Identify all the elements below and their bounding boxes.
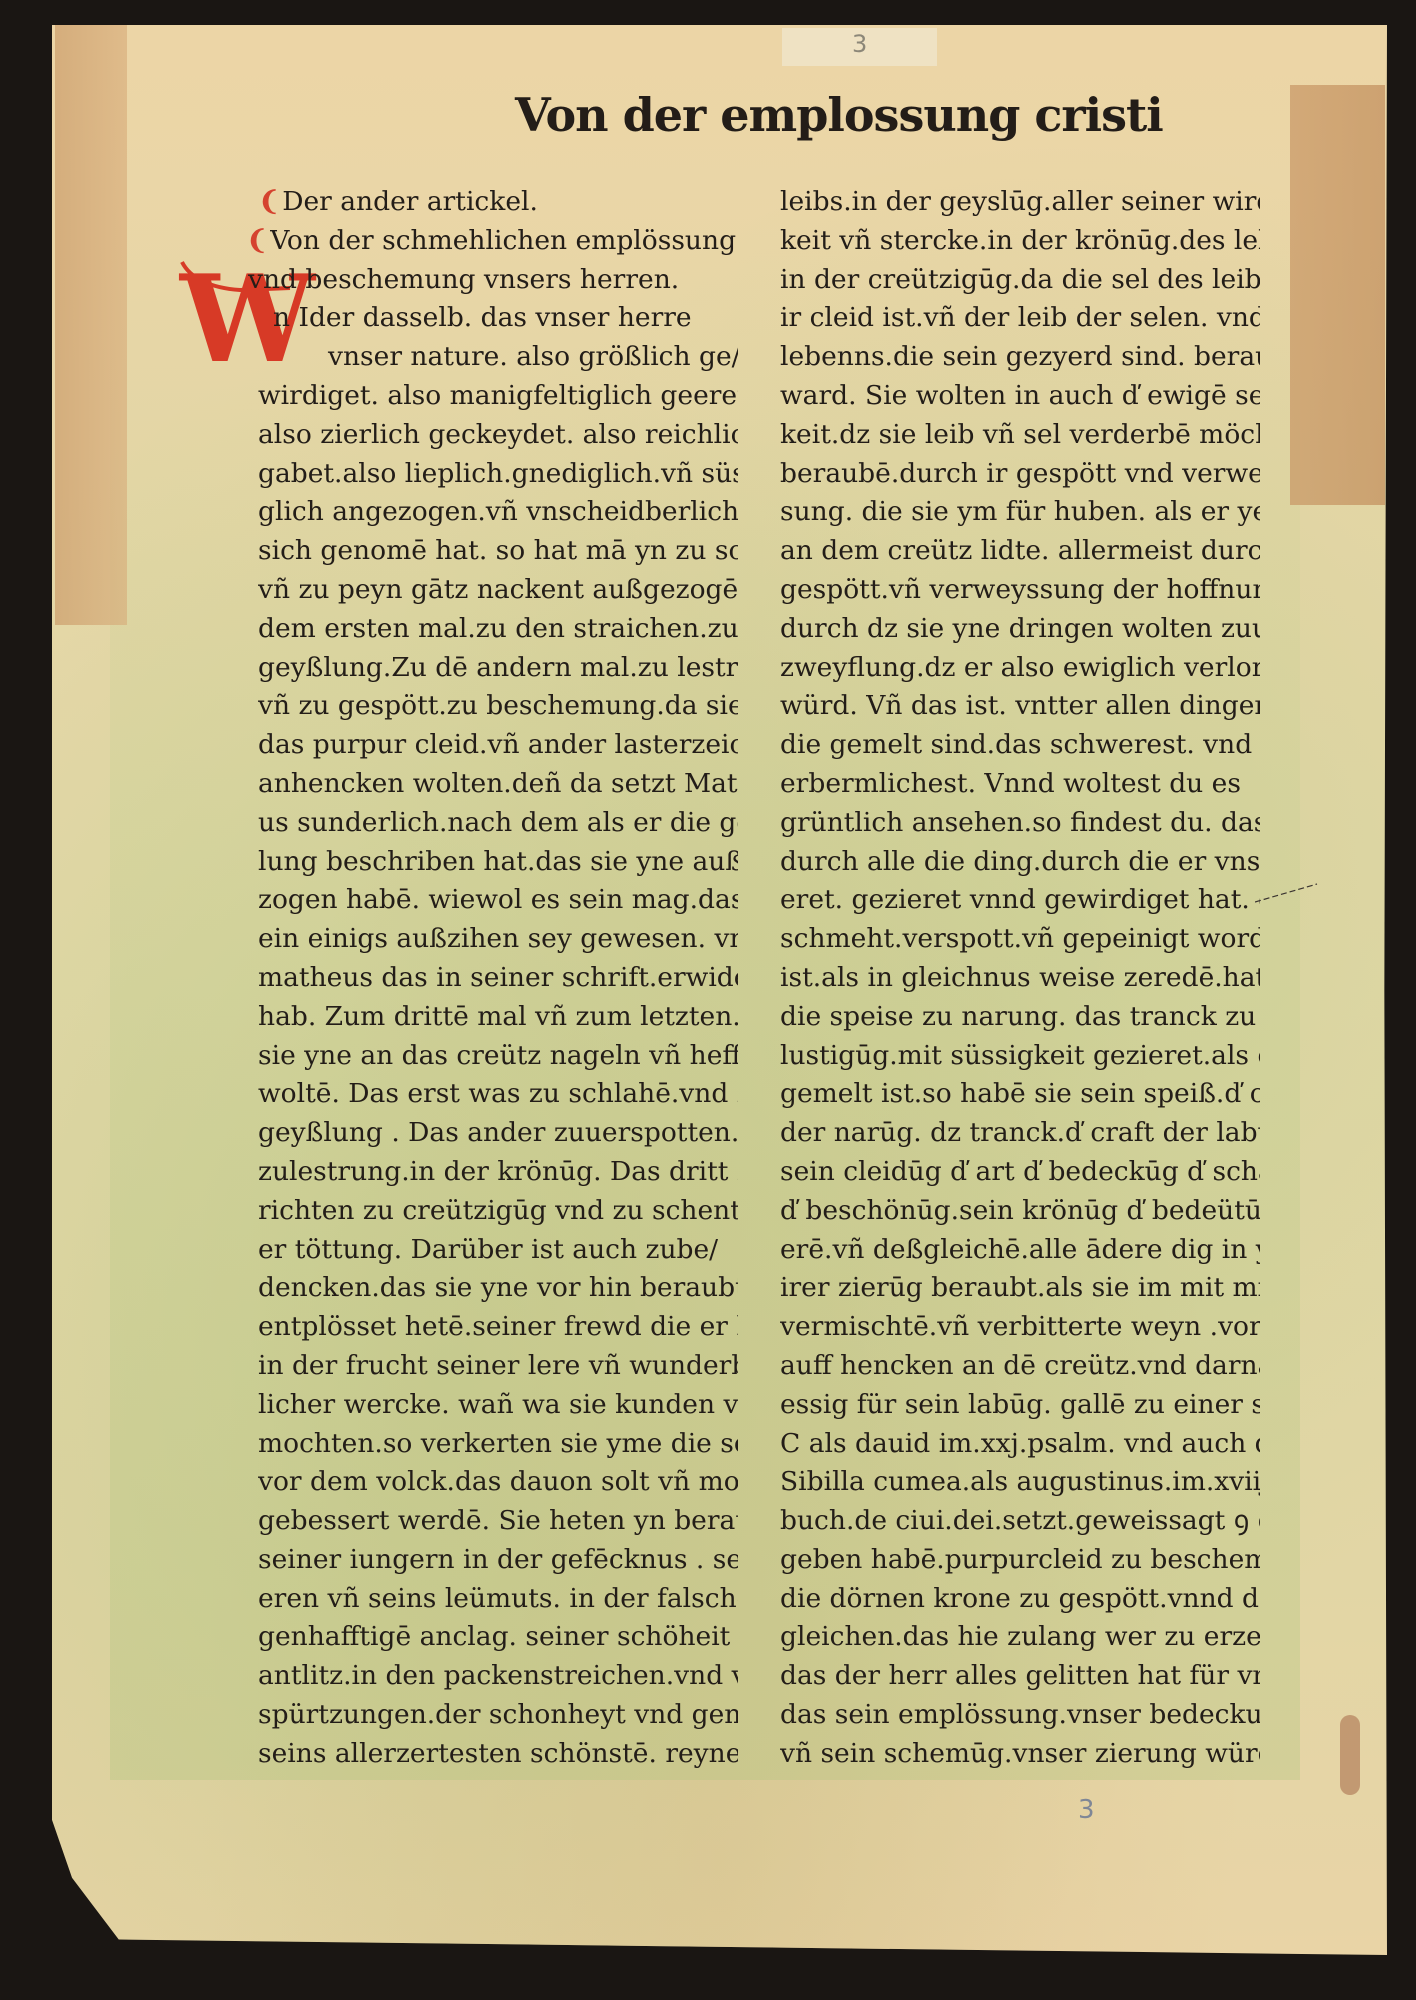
- stain-mark: [1340, 1715, 1360, 1795]
- text-line: vnd beschemung vnsers herren.: [248, 261, 738, 300]
- text-line: seiner iungern in der gefēcknus . seiner: [258, 1541, 738, 1580]
- text-line: vñ sein schemūg.vnser zierung würd ꝛc.: [780, 1735, 1260, 1774]
- text-line: ein einigs außzihen sey gewesen. vnnd: [258, 920, 738, 959]
- text-line: ir cleid ist.vñ der leib der selen. vnd …: [780, 299, 1260, 338]
- text-line: vñ zu gespött.zu beschemung.da sie ym: [258, 687, 738, 726]
- text-line: würd. Vñ das ist. vntter allen dingen.: [780, 687, 1260, 726]
- text-line: die speise zu narung. das tranck zu er/: [780, 998, 1260, 1037]
- text-line: lebenns.die sein gezyerd sind. beraubt: [780, 338, 1260, 377]
- text-line: keit vñ stercke.in der krönūg.des lebēs.: [780, 222, 1260, 261]
- text-line: vermischtē.vñ verbitterte weyn .vor dē: [780, 1308, 1260, 1347]
- text-line: glich angezogen.vñ vnscheidberlich an: [258, 493, 738, 532]
- text-line: eret. gezieret vnnd gewirdiget hat. ge/: [780, 881, 1260, 920]
- text-line: gabet.also lieplich.gnediglich.vñ süssi/: [258, 455, 738, 494]
- pencil-page-number-top: 3: [852, 30, 867, 58]
- text-line: an dem creütz lidte. allermeist durch dz: [780, 532, 1260, 571]
- text-line: antlitz.in den packenstreichen.vnd ver/: [258, 1657, 738, 1696]
- text-line: Sibilla cumea.als augustinus.im.xviij.: [780, 1463, 1260, 1502]
- text-line: ist.als in gleichnus weise zeredē.hat er: [780, 959, 1260, 998]
- text-line: vnser nature. also größlich ge/: [258, 338, 738, 377]
- text-line: gemelt ist.so habē sie sein speiß.ď craf…: [780, 1075, 1260, 1114]
- text-line: zogen habē. wiewol es sein mag.das es: [258, 881, 738, 920]
- text-line: richten zu creützigūg vnd zu schentlich: [258, 1192, 738, 1231]
- right-text-column: leibs.in der geyslūg.aller seiner wirdig…: [780, 183, 1260, 1774]
- text-line: er töttung. Darüber ist auch zube/: [258, 1231, 738, 1270]
- text-line: us sunderlich.nach dem als er die geiß: [258, 804, 738, 843]
- text-line: irer zierūg beraubt.als sie im mit mirrē: [780, 1269, 1260, 1308]
- text-line: zulestrung.in der krönūg. Das dritt zu: [258, 1153, 738, 1192]
- text-line: die dörnen krone zu gespött.vnnd deß/: [780, 1580, 1260, 1619]
- text-line: C als dauid im.xxj.psalm. vnd auch die: [780, 1425, 1260, 1464]
- text-line: vñ zu peyn gātz nackent außgezogē.Zu: [258, 571, 738, 610]
- text-line: eren vñ seins leümuts. in der falschē lū: [258, 1580, 738, 1619]
- text-line: auff hencken an dē creütz.vnd darnach: [780, 1347, 1260, 1386]
- text-line: die gemelt sind.das schwerest. vnd das: [780, 726, 1260, 765]
- text-line: mochten.so verkerten sie yme die selbē.: [258, 1425, 738, 1464]
- text-line: geben habē.purpurcleid zu beschemen.: [780, 1541, 1260, 1580]
- text-line: das der herr alles gelitten hat für vns: [780, 1657, 1260, 1696]
- text-line: durch dz sie yne dringen wolten zuuer/: [780, 610, 1260, 649]
- text-line: vor dem volck.das dauon solt vñ mocht: [258, 1463, 738, 1502]
- text-line: ❨Der ander artickel.: [258, 183, 738, 222]
- left-text-column: ❨Der ander artickel. ❨Von der schmehlich…: [258, 183, 738, 1774]
- text-line: lustigūg.mit süssigkeit gezieret.als obē: [780, 1037, 1260, 1076]
- text-line: beraubē.durch ir gespött vnd verweyß/: [780, 455, 1260, 494]
- right-tape-strip: [1290, 85, 1385, 505]
- text-line: ward. Sie wolten in auch ď ewigē selig: [780, 377, 1260, 416]
- running-title: Von der emplossung cristi: [515, 88, 1085, 142]
- text-line: erē.vñ deßgleichē.alle ādere dig in ym.: [780, 1231, 1260, 1270]
- text-line: leibs.in der geyslūg.aller seiner wirdig: [780, 183, 1260, 222]
- pencil-page-number-bottom: 3: [1078, 1795, 1095, 1825]
- text-line: ❨Von der schmehlichen emplössung: [246, 222, 738, 261]
- text-line: hab. Zum drittē mal vñ zum letzten.da: [258, 998, 738, 1037]
- marginal-pen-stroke-icon: [1255, 880, 1320, 904]
- text-line: ď beschönūg.sein krönūg ď bedeütūg ď: [780, 1192, 1260, 1231]
- text-line: zweyflung.dz er also ewiglich verloren: [780, 649, 1260, 688]
- text-line: in der creützigūg.da die sel des leibs.ď: [780, 261, 1260, 300]
- text-line: das sein emplössung.vnser bedeckung: [780, 1696, 1260, 1735]
- text-line: entplösset hetē.seiner frewd die er hett: [258, 1308, 738, 1347]
- text-line: genhafftigē anclag. seiner schöheit des: [258, 1618, 738, 1657]
- pilcrow-icon: ❨: [258, 183, 280, 222]
- left-tape-strip: [55, 25, 127, 625]
- text-line: sie yne an das creütz nageln vñ hefften: [258, 1037, 738, 1076]
- text-line: erbermlichest. Vnnd woltest du es: [780, 765, 1260, 804]
- text-line: sein cleidūg ď art ď bedeckūg ď schā vñ: [780, 1153, 1260, 1192]
- text-line: dem ersten mal.zu den straichen.zu der: [258, 610, 738, 649]
- text-line: woltē. Das erst was zu schlahē.vnd zu: [258, 1075, 738, 1114]
- text-line: lung beschriben hat.das sie yne außge: [258, 843, 738, 882]
- text-line: wirdiget. also manigfeltiglich geeret.: [258, 377, 738, 416]
- text-line: buch.de ciui.dei.setzt.geweissagt ꝯ ge/: [780, 1502, 1260, 1541]
- text-line: sich genomē hat. so hat mā yn zu schād: [258, 532, 738, 571]
- text-line: gespött.vñ verweyssung der hoffnung.: [780, 571, 1260, 610]
- text-line: in der frucht seiner lere vñ wunderber/: [258, 1347, 738, 1386]
- pilcrow-icon: ❨: [246, 222, 268, 261]
- text-line: anhencken wolten.deñ da setzt Mathe: [258, 765, 738, 804]
- text-line: durch alle die ding.durch die er vns ge: [780, 843, 1260, 882]
- text-line: dencken.das sie yne vor hin beraubt.vñ: [258, 1269, 738, 1308]
- text-line: gleichen.das hie zulang wer zu erzelē.: [780, 1618, 1260, 1657]
- text-line: essig für sein labūg. gallē zu einer spe…: [780, 1386, 1260, 1425]
- text-line: keit.dz sie leib vñ sel verderbē möchten: [780, 416, 1260, 455]
- text-line: matheus das in seiner schrift.erwidert: [258, 959, 738, 998]
- text-line: geyßlung.Zu dē andern mal.zu lestrūg: [258, 649, 738, 688]
- text-line: sung. die sie ym für huben. als er yetzo: [780, 493, 1260, 532]
- text-line: seins allerzertesten schönstē. reynesten: [258, 1735, 738, 1774]
- text-line: schmeht.verspott.vñ gepeinigt worden: [780, 920, 1260, 959]
- text-line: licher wercke. wañ wa sie kunden vnnd: [258, 1386, 738, 1425]
- text-line: der narūg. dz tranck.ď craft der labūg.: [780, 1114, 1260, 1153]
- text-line: gebessert werdē. Sie heten yn beraubt: [258, 1502, 738, 1541]
- text-line: n Ider dasselb. das vnser herre: [258, 299, 738, 338]
- text-line: das purpur cleid.vñ ander lasterzeichē: [258, 726, 738, 765]
- text-line: spürtzungen.der schonheyt vnd gentze: [258, 1696, 738, 1735]
- text-line: grüntlich ansehen.so findest du. das er: [780, 804, 1260, 843]
- text-line: also zierlich geckeydet. also reichlich …: [258, 416, 738, 455]
- text-line: geyßlung . Das ander zuuerspotten.vñ: [258, 1114, 738, 1153]
